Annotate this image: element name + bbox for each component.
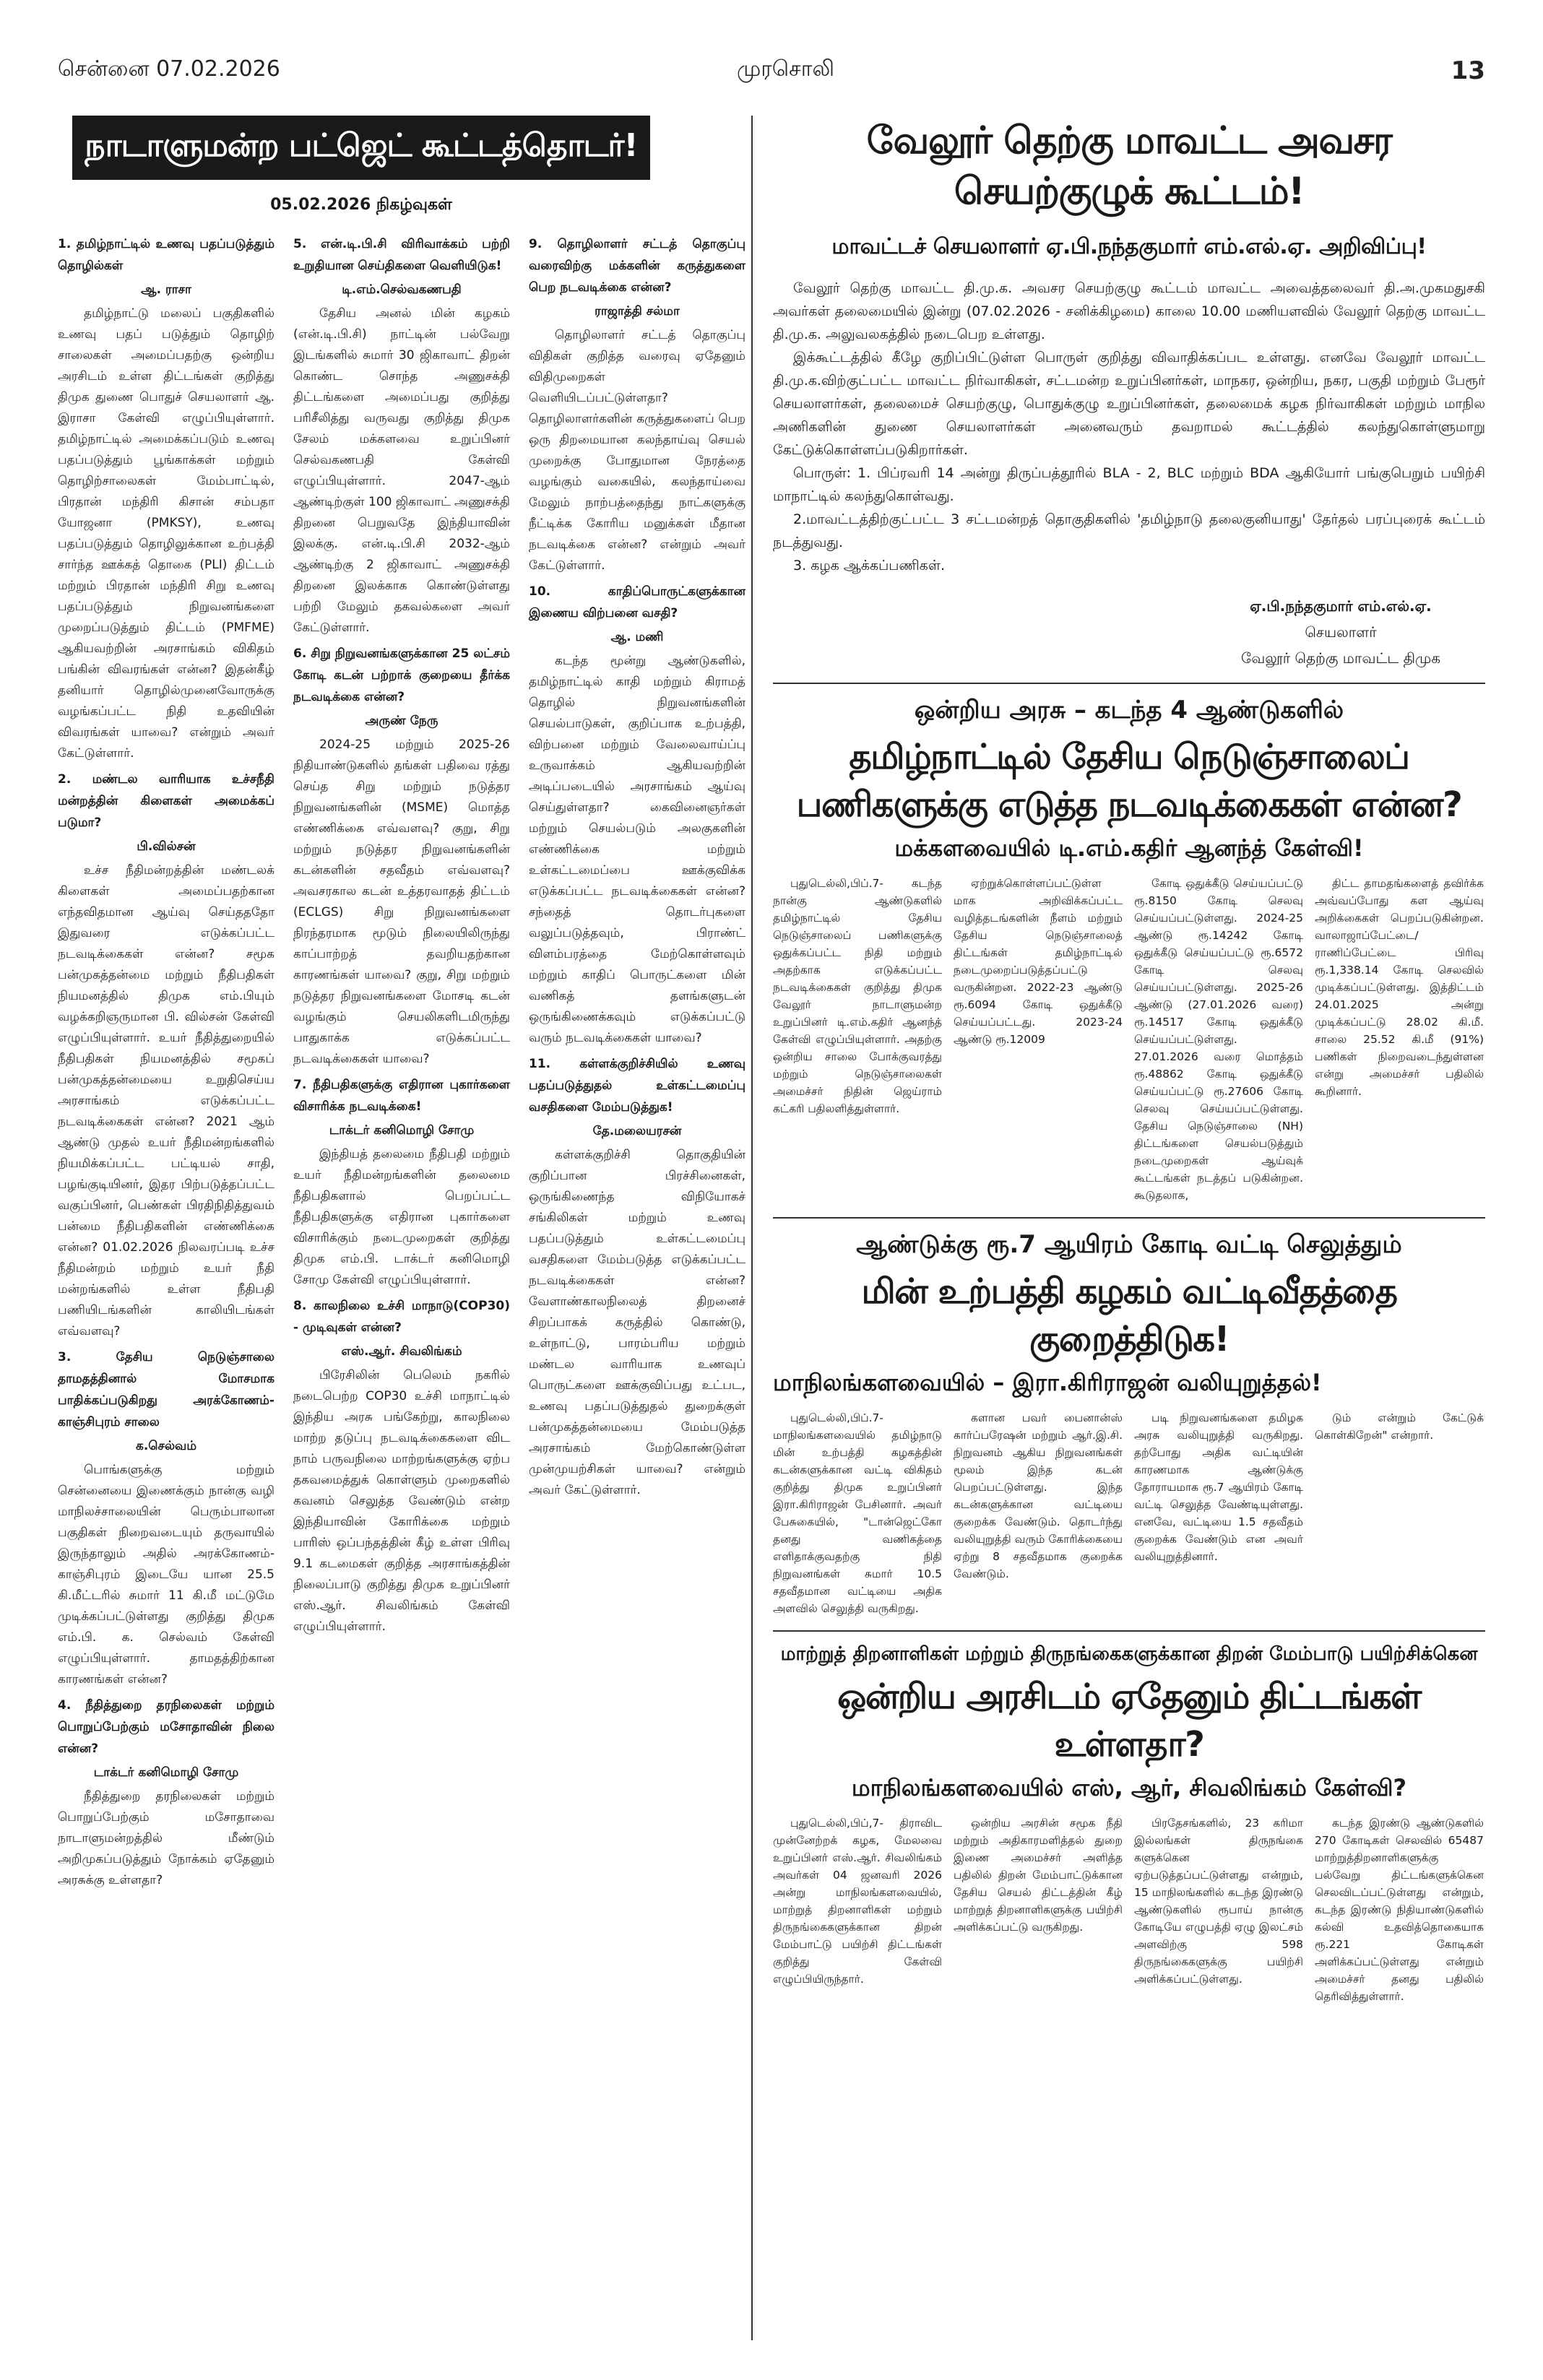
story-headline: தமிழ்நாட்டில் தேசிய நெடுஞ்சாலைப் பணிகளுக…	[773, 733, 1485, 828]
section-divider	[773, 1217, 1485, 1219]
story-deck: மக்களவையில் டி.எம்.கதிர் ஆனந்த் கேள்வி!	[773, 834, 1485, 865]
story-column: படி நிறுவனங்களை தமிழக அரசு வலியுறுத்தி வ…	[1134, 1409, 1303, 1619]
agenda-item: 3. கழக ஆக்கப்பணிகள்.	[773, 554, 1485, 577]
question-author: க.செல்வம்	[58, 1436, 275, 1457]
section-banner-title: நாடாளுமன்ற பட்ஜெட் கூட்டத்தொடர்!	[72, 116, 650, 180]
section-divider	[773, 683, 1485, 684]
notice-paragraph: இக்கூட்டத்தில் கீழே குறிப்பிட்டுள்ள பொரு…	[773, 346, 1485, 462]
notice-subtitle: மாவட்டச் செயலாளர் ஏ.பி.நந்தகுமார் எம்.எல…	[773, 234, 1485, 262]
question-body: பொங்களுக்கு மற்றும் சென்னையை இணைக்கும் ந…	[58, 1460, 275, 1690]
story-deck: மாநிலங்களவையில் – இரா.கிரிராஜன் வலியுறுத…	[773, 1369, 1485, 1399]
question-author: ஆ. ராசா	[58, 280, 275, 300]
question-author: தே.மலையரசன்	[529, 1121, 745, 1142]
question-heading: 1. தமிழ்நாட்டில் உணவு பதப்படுத்தும் தொழி…	[58, 233, 275, 277]
story-column: ஒன்றிய அரசின் சமூக நீதி மற்றும் அதிகாரமள…	[954, 1814, 1123, 2007]
question-heading: 8. காலநிலை உச்சி மாநாடு(COP30) - முடிவுக…	[293, 1295, 510, 1338]
power-corp-story: ஆண்டுக்கு ரூ.7 ஆயிரம் கோடி வட்டி செலுத்த…	[773, 1230, 1485, 1619]
story-text: டும் என்றும் கேட்டுக் கொள்கிறேன்" என்றார…	[1315, 1409, 1484, 1444]
question-heading: 7. நீதிபதிகளுக்கு எதிரான புகார்களை விசார…	[293, 1074, 510, 1117]
question-item: 11. கள்ளக்குறிச்சியில் உணவு பதப்படுத்துத…	[529, 1053, 745, 1501]
question-body: பிரேசிலின் பெலெம் நகரில் நடைபெற்ற COP30 …	[293, 1365, 510, 1637]
column-divider	[751, 116, 753, 2340]
page-number: 13	[1451, 56, 1485, 85]
story-deck: மாநிலங்களவையில் எஸ், ஆர், சிவலிங்கம் கேள…	[773, 1774, 1485, 1804]
question-item: 5. என்.டி.பி.சி விரிவாக்கம் பற்றி உறுதிய…	[293, 233, 510, 639]
question-heading: 6. சிறு நிறுவனங்களுக்கான 25 லட்சம் கோடி …	[293, 643, 510, 708]
question-heading: 5. என்.டி.பி.சி விரிவாக்கம் பற்றி உறுதிய…	[293, 233, 510, 277]
story-headline: ஒன்றிய அரசிடம் ஏதேனும் திட்டங்கள் உள்ளதா…	[773, 1673, 1485, 1768]
story-column: திட்ட தாமதங்களைத் தவிர்க்க அவ்வப்போது கள…	[1315, 875, 1484, 1206]
story-column: புதுடெல்லி,பிப்,7- திராவிட முன்னேற்றக் க…	[773, 1814, 942, 2007]
agenda-item: பொருள்: 1. பிப்ரவரி 14 அன்று திருப்பத்தூ…	[773, 462, 1485, 508]
question-item: 8. காலநிலை உச்சி மாநாடு(COP30) - முடிவுக…	[293, 1295, 510, 1637]
question-body: இந்தியத் தலைமை நீதிபதி மற்றும் உயர் நீதி…	[293, 1144, 510, 1291]
masthead: சென்னை 07.02.2026 முரசொலி 13	[58, 56, 1485, 85]
story-kicker: ஆண்டுக்கு ரூ.7 ஆயிரம் கோடி வட்டி செலுத்த…	[773, 1230, 1485, 1262]
signature-role: செயலாளர்	[1225, 619, 1456, 645]
question-author: ராஜாத்தி சல்மா	[529, 301, 745, 322]
question-heading: 3. தேசிய நெடுஞ்சாலை தாமதத்தினால் மோசமாக …	[58, 1346, 275, 1433]
highways-story: ஒன்றிய அரசு – கடந்த 4 ஆண்டுகளில் தமிழ்நா…	[773, 696, 1485, 1206]
question-body: உச்ச நீதிமன்றத்தின் மண்டலக் கிளைகள் அமைப…	[58, 860, 275, 1342]
masthead-paper-name: முரசொலி	[737, 56, 834, 85]
story-column: பிரதேசங்களில், 23 கரிமா இல்லங்கள் திருநங…	[1134, 1814, 1303, 2007]
question-column-1: 1. தமிழ்நாட்டில் உணவு பதப்படுத்தும் தொழி…	[58, 229, 275, 1891]
agenda-item: 2.மாவட்டத்திற்குட்பட்ட 3 சட்டமன்றத் தொகு…	[773, 508, 1485, 554]
story-text: களான பவர் பைனான்ஸ் கார்ப்பரேஷன் மற்றும் …	[954, 1409, 1123, 1583]
story-text: புதுடெல்லி,பிப்.7- கடந்த நான்கு ஆண்டுகளி…	[773, 875, 942, 1117]
vellore-notice: வேலூர் தெற்கு மாவட்ட அவசர செயற்குழுக் கூ…	[773, 116, 1485, 671]
masthead-date: சென்னை 07.02.2026	[58, 56, 280, 85]
question-item: 4. நீதித்துறை தரநிலைகள் மற்றும் பொறுப்பே…	[58, 1695, 275, 1891]
story-text: புதுடெல்லி,பிப்.7- மாநிலங்களவையில் தமிழ்…	[773, 1409, 942, 1617]
question-item: 9. தொழிலாளர் சட்டத் தொகுப்பு வரைவிற்கு ம…	[529, 233, 745, 576]
question-body: தேசிய அனல் மின் கழகம் (என்.டி.பி.சி) நாட…	[293, 303, 510, 639]
skill-training-story: மாற்றுத் திறனாளிகள் மற்றும் திருநங்கைகளு…	[773, 1643, 1485, 2007]
notice-agenda: பொருள்: 1. பிப்ரவரி 14 அன்று திருப்பத்தூ…	[773, 462, 1485, 577]
question-heading: 11. கள்ளக்குறிச்சியில் உணவு பதப்படுத்துத…	[529, 1053, 745, 1118]
question-columns: 1. தமிழ்நாட்டில் உணவு பதப்படுத்தும் தொழி…	[58, 229, 751, 1891]
question-item: 7. நீதிபதிகளுக்கு எதிரான புகார்களை விசார…	[293, 1074, 510, 1291]
question-item: 6. சிறு நிறுவனங்களுக்கான 25 லட்சம் கோடி …	[293, 643, 510, 1070]
story-columns: புதுடெல்லி,பிப்.7- கடந்த நான்கு ஆண்டுகளி…	[773, 875, 1485, 1206]
story-text: புதுடெல்லி,பிப்,7- திராவிட முன்னேற்றக் க…	[773, 1814, 942, 1988]
story-text: ஏற்றுக்கொள்ளப்பட்டுள்ள மாக அறிவிக்கப்பட்…	[954, 875, 1123, 1048]
story-text: படி நிறுவனங்களை தமிழக அரசு வலியுறுத்தி வ…	[1134, 1409, 1303, 1565]
question-item: 1. தமிழ்நாட்டில் உணவு பதப்படுத்தும் தொழி…	[58, 233, 275, 764]
question-author: பி.வில்சன்	[58, 836, 275, 857]
question-heading: 9. தொழிலாளர் சட்டத் தொகுப்பு வரைவிற்கு ம…	[529, 233, 745, 298]
question-body: 2024-25 மற்றும் 2025-26 நிதியாண்டுகளில் …	[293, 735, 510, 1070]
question-body: நீதித்துறை தரநிலைகள் மற்றும் பொறுப்பேற்க…	[58, 1786, 275, 1891]
story-text: ஒன்றிய அரசின் சமூக நீதி மற்றும் அதிகாரமள…	[954, 1814, 1123, 1936]
question-item: 2. மண்டல வாரியாக உச்சநீதி மன்றத்தின் கிள…	[58, 769, 275, 1342]
story-column: களான பவர் பைனான்ஸ் கார்ப்பரேஷன் மற்றும் …	[954, 1409, 1123, 1619]
story-column: புதுடெல்லி,பிப்.7- மாநிலங்களவையில் தமிழ்…	[773, 1409, 942, 1619]
section-banner-subtitle: 05.02.2026 நிகழ்வுகள்	[58, 196, 665, 216]
question-author: எஸ்.ஆர். சிவலிங்கம்	[293, 1341, 510, 1362]
parliament-session-section: நாடாளுமன்ற பட்ஜெட் கூட்டத்தொடர்! 05.02.2…	[58, 116, 751, 1891]
story-column: கோடி ஒதுக்கீடு செய்யப்பட்டு ரூ.8150 கோடி…	[1134, 875, 1303, 1206]
story-headline: மின் உற்பத்தி கழகம் வட்டிவீதத்தை குறைத்த…	[773, 1268, 1485, 1363]
question-author: டாக்டர் கனிமொழி சோமு	[58, 1762, 275, 1783]
signature-name: ஏ.பி.நந்தகுமார் எம்.எல்.ஏ.	[1225, 593, 1456, 619]
story-columns: புதுடெல்லி,பிப்.7- மாநிலங்களவையில் தமிழ்…	[773, 1409, 1485, 1619]
section-divider	[773, 1630, 1485, 1632]
question-author: டாக்டர் கனிமொழி சோமு	[293, 1120, 510, 1141]
question-item: 10. காதிப்பொருட்களுக்கான இணைய விற்பனை வச…	[529, 581, 745, 1049]
story-columns: புதுடெல்லி,பிப்,7- திராவிட முன்னேற்றக் க…	[773, 1814, 1485, 2007]
question-body: தமிழ்நாட்டு மலைப் பகுதிகளில் உணவு பதப் ப…	[58, 303, 275, 764]
story-kicker: ஒன்றிய அரசு – கடந்த 4 ஆண்டுகளில்	[773, 696, 1485, 727]
question-heading: 2. மண்டல வாரியாக உச்சநீதி மன்றத்தின் கிள…	[58, 769, 275, 834]
question-heading: 4. நீதித்துறை தரநிலைகள் மற்றும் பொறுப்பே…	[58, 1695, 275, 1760]
question-column-2: 5. என்.டி.பி.சி விரிவாக்கம் பற்றி உறுதிய…	[293, 229, 510, 1891]
story-column: கடந்த இரண்டு ஆண்டுகளில் 270 கோடிகள் செலவ…	[1315, 1814, 1484, 2007]
story-column: டும் என்றும் கேட்டுக் கொள்கிறேன்" என்றார…	[1315, 1409, 1484, 1619]
question-column-3: 9. தொழிலாளர் சட்டத் தொகுப்பு வரைவிற்கு ம…	[529, 229, 745, 1891]
question-body: கள்ளக்குறிச்சி தொகுதியின் குறிப்பான பிரச…	[529, 1145, 745, 1501]
question-body: கடந்த மூன்று ஆண்டுகளில், தமிழ்நாட்டில் க…	[529, 651, 745, 1049]
story-text: பிரதேசங்களில், 23 கரிமா இல்லங்கள் திருநங…	[1134, 1814, 1303, 1988]
question-author: ஆ. மணி	[529, 627, 745, 648]
notice-signature: ஏ.பி.நந்தகுமார் எம்.எல்.ஏ. செயலாளர் வேலூ…	[773, 593, 1485, 671]
story-text: கடந்த இரண்டு ஆண்டுகளில் 270 கோடிகள் செலவ…	[1315, 1814, 1484, 2005]
story-column: புதுடெல்லி,பிப்.7- கடந்த நான்கு ஆண்டுகளி…	[773, 875, 942, 1206]
question-author: அருண் நேரு	[293, 711, 510, 732]
story-text: கோடி ஒதுக்கீடு செய்யப்பட்டு ரூ.8150 கோடி…	[1134, 875, 1303, 1204]
notice-paragraph: வேலூர் தெற்கு மாவட்ட தி.மு.க. அவசர செயற்…	[773, 277, 1485, 346]
story-text: திட்ட தாமதங்களைத் தவிர்க்க அவ்வப்போது கள…	[1315, 875, 1484, 1100]
signature-org: வேலூர் தெற்கு மாவட்ட திமுக	[1225, 645, 1456, 671]
story-column: ஏற்றுக்கொள்ளப்பட்டுள்ள மாக அறிவிக்கப்பட்…	[954, 875, 1123, 1206]
story-kicker: மாற்றுத் திறனாளிகள் மற்றும் திருநங்கைகளு…	[773, 1643, 1485, 1667]
notice-title: வேலூர் தெற்கு மாவட்ட அவசர செயற்குழுக் கூ…	[773, 116, 1485, 217]
question-heading: 10. காதிப்பொருட்களுக்கான இணைய விற்பனை வச…	[529, 581, 745, 624]
question-author: டி.எம்.செல்வகணபதி	[293, 280, 510, 300]
question-body: தொழிலாளர் சட்டத் தொகுப்பு விதிகள் குறித்…	[529, 325, 745, 576]
question-item: 3. தேசிய நெடுஞ்சாலை தாமதத்தினால் மோசமாக …	[58, 1346, 275, 1690]
right-section: வேலூர் தெற்கு மாவட்ட அவசர செயற்குழுக் கூ…	[773, 116, 1485, 2007]
